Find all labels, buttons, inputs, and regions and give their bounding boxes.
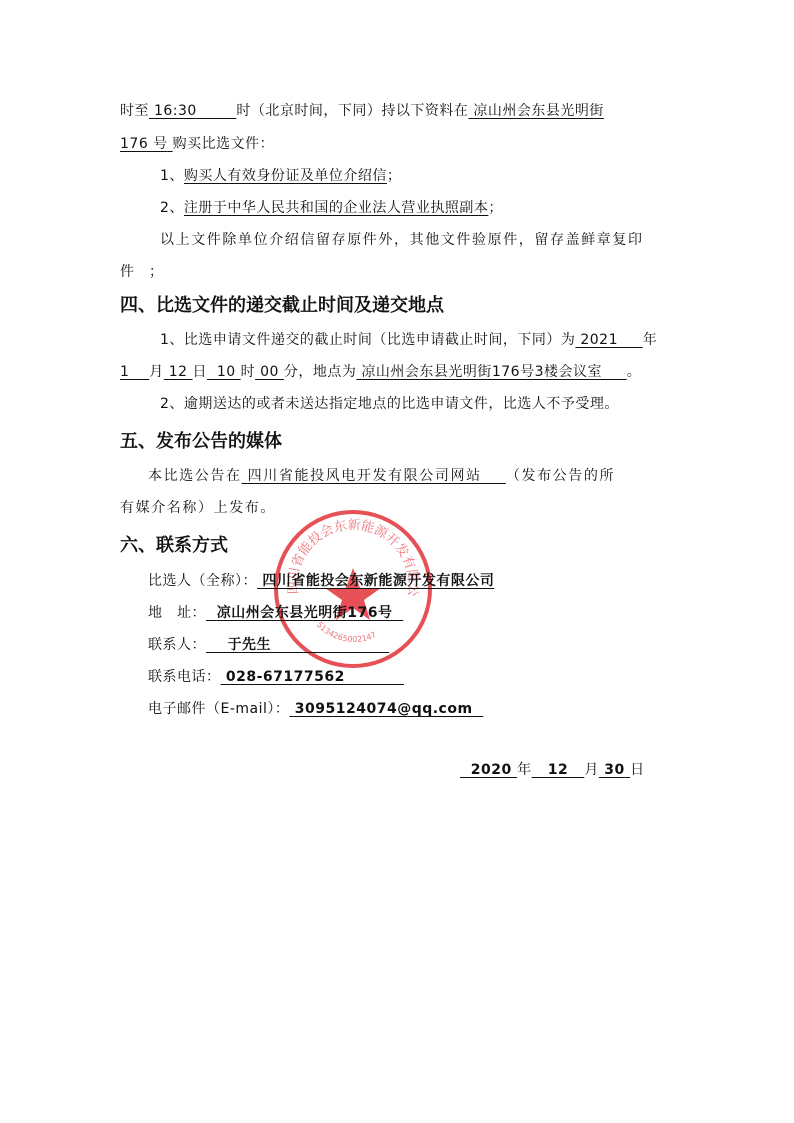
deadline-hour: 10 [207, 364, 241, 380]
contact-phone-value: 028-67177562 [221, 669, 404, 685]
date-day: 30 [599, 762, 630, 778]
media-line-1: 本比选公告在 四川省能投风电开发有限公司网站 （发布公告的所 [148, 466, 708, 486]
contact-person-value: 于先生 [206, 637, 389, 653]
deadline-location: 凉山州会东县光明街176号3楼会议室 [356, 364, 626, 380]
date-year: 2020 [460, 762, 517, 778]
date-month: 12 [532, 762, 585, 778]
deadline-day: 12 [164, 364, 193, 380]
deadline-line-2: 1 月 12 日 10 时 00 分，地点为 凉山州会东县光明街176号3楼会议… [120, 362, 680, 382]
deadline-minute: 00 [255, 364, 284, 380]
purchase-time: 16:30 [149, 103, 236, 119]
deadline-item-2: 2、逾期送达的或者未送达指定地点的比选申请文件，比选人不予受理。 [160, 394, 720, 414]
deadline-year: 2021 [575, 332, 642, 348]
section-5-heading: 五、发布公告的媒体 [120, 430, 282, 454]
document-page: 四川省能投会东新能源开发有限公司 5134265002147 时至 16:30 … [0, 0, 794, 1123]
contact-address-value: 凉山州会东县光明街176号 [206, 605, 403, 621]
contact-address: 地 址： 凉山州会东县光明街176号 [148, 603, 708, 623]
purchase-address-part2: 176 号 [120, 136, 168, 152]
contact-bidder: 比选人（全称）： 四川省能投会东新能源开发有限公司 [148, 571, 708, 591]
text: 时至 [120, 103, 149, 119]
purchase-item-2: 2、注册于中华人民共和国的企业法人营业执照副本； [160, 198, 720, 218]
deadline-line-1: 1、比选申请文件递交的截止时间（比选申请截止时间，下同）为 2021 年 [160, 330, 720, 350]
contact-phone: 联系电话： 028-67177562 [148, 667, 708, 687]
text: 购买比选文件： [173, 136, 275, 152]
media-name: 四川省能投风电开发有限公司网站 [242, 468, 506, 484]
contact-bidder-value: 四川省能投会东新能源开发有限公司 [257, 573, 494, 589]
media-line-2: 有媒介名称）上发布。 [120, 498, 680, 518]
section-4-heading: 四、比选文件的递交截止时间及递交地点 [120, 294, 444, 318]
signature-date: 2020 年 12 月 30 日 [460, 760, 680, 780]
contact-person: 联系人： 于先生 [148, 635, 708, 655]
purchase-line-2: 176 号 购买比选文件： [120, 134, 680, 154]
contact-email-value[interactable]: 3095124074@qq.com [289, 701, 483, 717]
purchase-item-1: 1、购买人有效身份证及单位介绍信； [160, 166, 720, 186]
purchase-line-1: 时至 16:30 时（北京时间，下同）持以下资料在 凉山州会东县光明街 [120, 101, 680, 121]
section-6-heading: 六、联系方式 [120, 534, 228, 558]
contact-email: 电子邮件（E-mail）： 3095124074@qq.com [148, 699, 708, 719]
deadline-month: 1 [120, 364, 149, 380]
purchase-note-line-1: 以上文件除单位介绍信留存原件外，其他文件验原件，留存盖鲜章复印 [160, 230, 720, 250]
purchase-note-line-2: 件 ； [120, 262, 680, 282]
purchase-address-part1: 凉山州会东县光明街 [468, 103, 603, 119]
text: 时（北京时间，下同）持以下资料在 [236, 103, 468, 119]
